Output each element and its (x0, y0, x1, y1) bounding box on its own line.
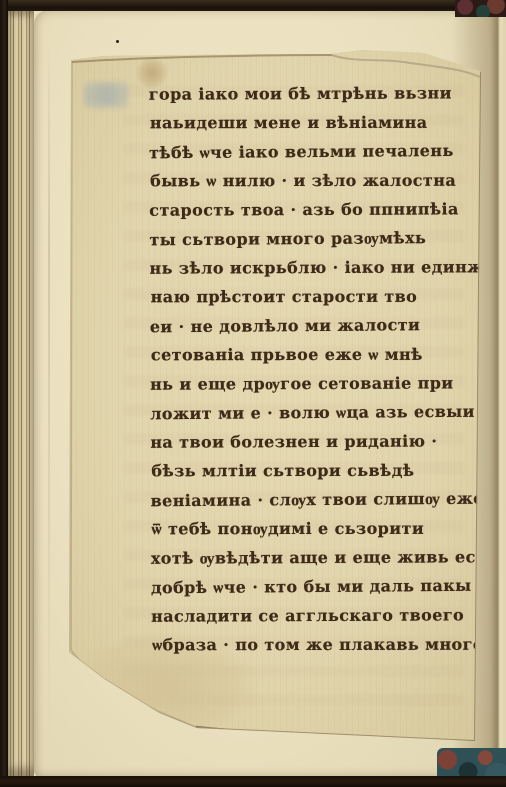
manuscript-text-line: на твои болезнен и риданію · (150, 426, 480, 456)
manuscript-text-line: ложит ми е · волю ѡца азь есвыи (150, 397, 480, 429)
manuscript-text-line: тѣбѣ ѡче іако вельми печалень (149, 136, 479, 168)
text-block: гора іако мои бѣ мтрѣнь вьзни наьидеши м… (149, 78, 482, 669)
manuscript-text-line: ѿ тебѣ понѹдимі е сьзорити (152, 514, 482, 544)
page-crease (48, 40, 50, 740)
book-binding-bottom (0, 776, 506, 787)
manuscript-text-line: сетованіа прьвое еже ѡ мнѣ (151, 340, 481, 370)
manuscript-text-line: веніамина · слѹх твои слишѹ еже (150, 484, 480, 516)
manuscript-text-line: добрѣ ѡче · кто бы ми даль пакы (151, 571, 481, 603)
marbled-cover-top-right (455, 0, 506, 17)
manuscript-text-line: бѣзь млтіи сьтвори сьвѣдѣ (151, 456, 481, 486)
ink-speck (116, 40, 119, 43)
manuscript-text-line: наю прѣстоит старости тво (151, 282, 481, 312)
manuscript-text-line: нь зѣло искрьблю · іако ни единже (149, 252, 479, 282)
facing-page-strip (497, 11, 506, 776)
manuscript-leaf: гора іако мои бѣ мтрѣнь вьзни наьидеши м… (64, 46, 480, 746)
manuscript-text-line: нь и еще дрѹгое сетованіе при (150, 368, 480, 398)
book-photo: гора іако мои бѣ мтрѣнь вьзни наьидеши м… (0, 0, 506, 787)
book-binding-top (0, 0, 506, 11)
manuscript-text-line: бывь ѡ нилю · и зѣло жалостна (150, 166, 480, 196)
manuscript-leaf-paper: гора іако мои бѣ мтрѣнь вьзни наьидеши м… (64, 46, 480, 746)
manuscript-text-line: гора іако мои бѣ мтрѣнь вьзни (149, 78, 479, 108)
fore-edge-page-stack (8, 10, 34, 776)
manuscript-text-line: ѡбраза · по том же плакавь много (152, 630, 482, 660)
manuscript-text-line: хотѣ ѹвѣдѣти аще и еще живь еси (151, 542, 481, 572)
manuscript-text-line: старость твоа · азь бо ппнипѣіа (149, 194, 479, 224)
manuscript-text-line: ты сьтвори много разѹмѣхь (149, 223, 479, 255)
book-binding-left (0, 0, 8, 787)
manuscript-text-line: насладити се аггльскаго твоего (151, 600, 481, 630)
manuscript-text-line: еи · не довлѣло ми жалости (150, 310, 480, 342)
manuscript-text-line: наьидеши мене и вѣніамина (150, 108, 480, 138)
